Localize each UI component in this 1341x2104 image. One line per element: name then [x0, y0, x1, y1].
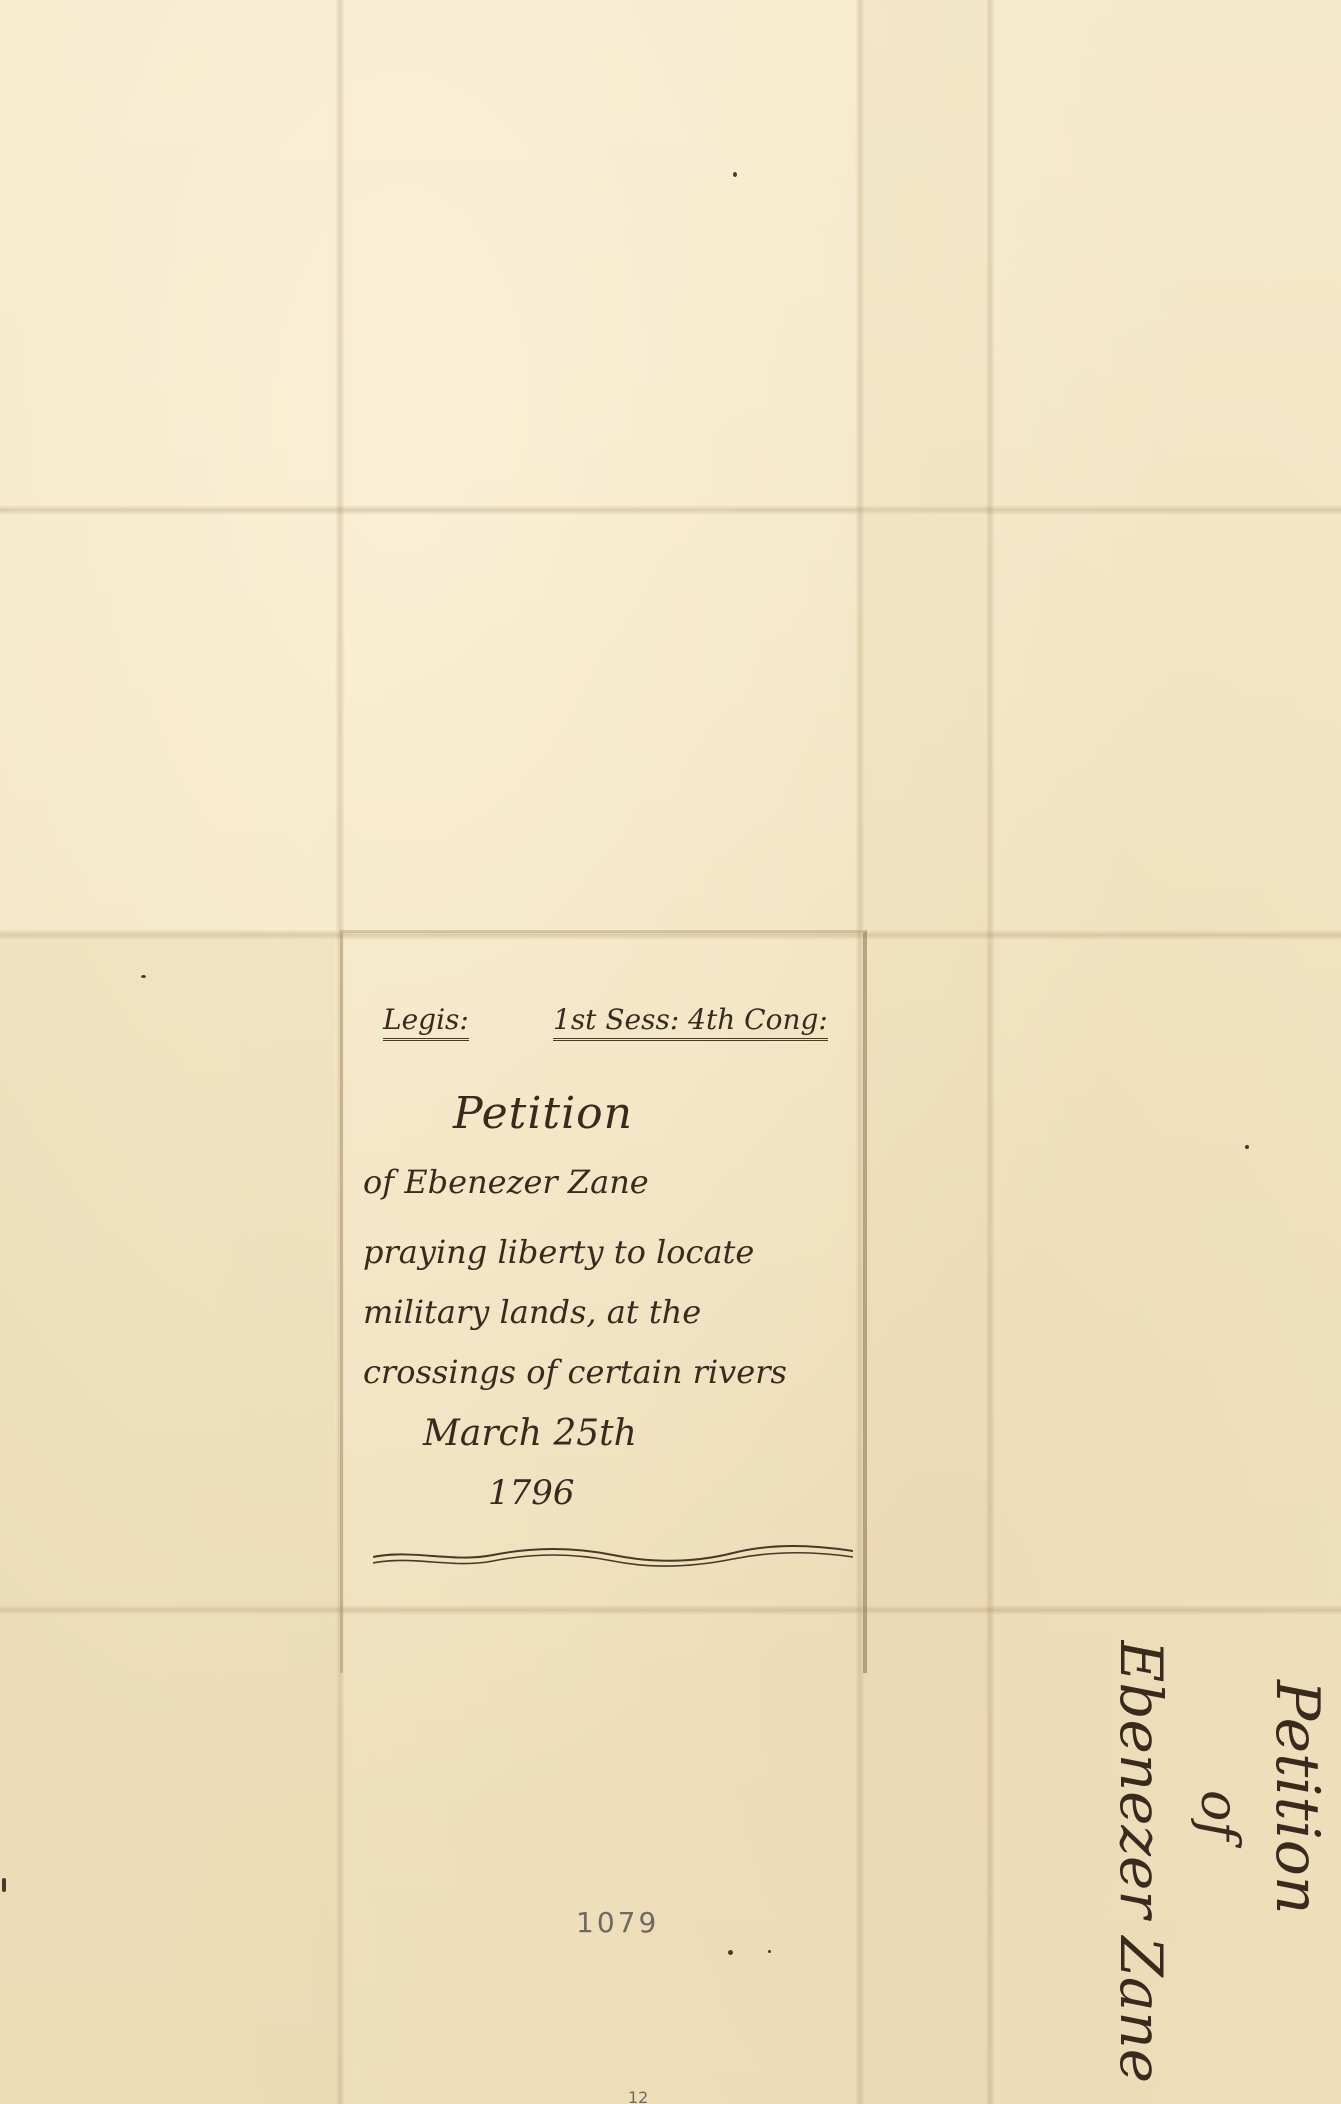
docket-year: 1796 — [488, 1473, 575, 1513]
fold-line-horizontal — [0, 505, 1341, 515]
ink-speck — [728, 1950, 733, 1955]
endorsement-title: Petition — [1254, 1680, 1340, 2083]
ink-speck — [768, 1950, 771, 1953]
docket-line-petitioner: of Ebenezer Zane — [363, 1163, 649, 1201]
ink-speck — [1245, 1145, 1249, 1149]
docket-date: March 25th — [423, 1413, 637, 1454]
endorsement-name: Ebenezer Zane — [1098, 1640, 1184, 2083]
endorsement: Petition of Ebenezer Zane — [1050, 1640, 1341, 2104]
petition-title: Petition — [453, 1088, 633, 1139]
docket-line-request: praying liberty to locate — [363, 1233, 754, 1271]
pencil-catalog-number: 1079 — [576, 1906, 659, 1939]
ink-speck — [2, 1878, 6, 1892]
docket-panel: Legis: 1st Sess: 4th Cong: Petition of E… — [340, 930, 867, 1673]
ink-speck — [733, 172, 737, 177]
flourish-underline — [373, 1539, 853, 1569]
legis-label: Legis: — [383, 1003, 469, 1041]
endorsement-of: of — [1184, 1790, 1254, 2083]
session-label: 1st Sess: 4th Cong: — [553, 1003, 828, 1041]
fold-line-vertical — [985, 0, 995, 2104]
paper-panel-right — [860, 0, 985, 2104]
paper-panel-left — [0, 930, 335, 2104]
docket-line-lands: military lands, at the — [363, 1293, 701, 1331]
docket-line-rivers: crossings of certain rivers — [363, 1353, 787, 1391]
ink-speck — [141, 975, 146, 978]
pencil-bottom-mark: 12 — [628, 2088, 648, 2104]
